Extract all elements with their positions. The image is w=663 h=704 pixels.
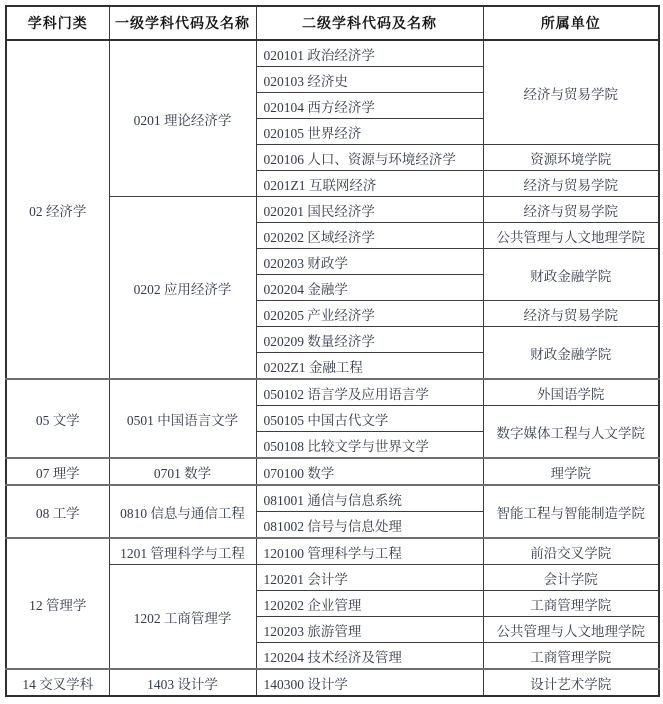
subject-cell: 140300 设计学 bbox=[256, 669, 483, 696]
discipline-cell: 0202 应用经济学 bbox=[109, 197, 256, 380]
discipline-cell: 1403 设计学 bbox=[109, 669, 256, 696]
category-cell: 12 管理学 bbox=[6, 538, 109, 669]
subject-cell: 020209 数量经济学 bbox=[256, 327, 483, 353]
discipline-cell: 1201 管理科学与工程 bbox=[109, 538, 256, 565]
subject-cell: 020105 世界经济 bbox=[256, 119, 483, 145]
unit-cell: 经济与贸易学院 bbox=[483, 197, 659, 223]
discipline-cell: 1202 工商管理学 bbox=[109, 565, 256, 670]
table-body: 02 经济学0201 理论经济学020101 政治经济学经济与贸易学院02010… bbox=[6, 40, 659, 696]
table-row: 07 理学0701 数学070100 数学理学院 bbox=[6, 458, 659, 485]
unit-cell: 外国语学院 bbox=[483, 379, 659, 406]
subject-cell: 070100 数学 bbox=[256, 458, 483, 485]
discipline-cell: 0810 信息与通信工程 bbox=[109, 485, 256, 538]
subject-cell: 020104 西方经济学 bbox=[256, 93, 483, 119]
unit-cell: 数字媒体工程与人文学院 bbox=[483, 406, 659, 459]
unit-cell: 财政金融学院 bbox=[483, 249, 659, 301]
disciplines-table: 学科门类 一级学科代码及名称 二级学科代码及名称 所属单位 02 经济学0201… bbox=[5, 5, 660, 697]
subject-cell: 050102 语言学及应用语言学 bbox=[256, 379, 483, 406]
category-cell: 08 工学 bbox=[6, 485, 109, 538]
subject-cell: 020106 人口、资源与环境经济学 bbox=[256, 145, 483, 171]
unit-cell: 工商管理学院 bbox=[483, 591, 659, 617]
subject-cell: 120201 会计学 bbox=[256, 565, 483, 591]
subject-cell: 081002 信号与信息处理 bbox=[256, 512, 483, 539]
column-header-discipline: 一级学科代码及名称 bbox=[109, 6, 256, 40]
subject-cell: 081001 通信与信息系统 bbox=[256, 485, 483, 512]
table-row: 14 交叉学科1403 设计学140300 设计学设计艺术学院 bbox=[6, 669, 659, 696]
unit-cell: 公共管理与人文地理学院 bbox=[483, 617, 659, 643]
table-row: 08 工学0810 信息与通信工程081001 通信与信息系统智能工程与智能制造… bbox=[6, 485, 659, 512]
unit-cell: 理学院 bbox=[483, 458, 659, 485]
unit-cell: 经济与贸易学院 bbox=[483, 301, 659, 327]
table-row: 05 文学0501 中国语言文学050102 语言学及应用语言学外国语学院 bbox=[6, 379, 659, 406]
column-header-unit: 所属单位 bbox=[483, 6, 659, 40]
subject-cell: 0201Z1 互联网经济 bbox=[256, 171, 483, 197]
subject-cell: 120202 企业管理 bbox=[256, 591, 483, 617]
unit-cell: 财政金融学院 bbox=[483, 327, 659, 380]
unit-cell: 经济与贸易学院 bbox=[483, 171, 659, 197]
unit-cell: 经济与贸易学院 bbox=[483, 40, 659, 145]
subject-cell: 050108 比较文学与世界文学 bbox=[256, 432, 483, 459]
category-cell: 05 文学 bbox=[6, 379, 109, 458]
table-header-row: 学科门类 一级学科代码及名称 二级学科代码及名称 所属单位 bbox=[6, 6, 659, 40]
subject-cell: 0202Z1 金融工程 bbox=[256, 353, 483, 380]
subject-cell: 120204 技术经济及管理 bbox=[256, 643, 483, 670]
subject-cell: 120100 管理科学与工程 bbox=[256, 538, 483, 565]
category-cell: 14 交叉学科 bbox=[6, 669, 109, 696]
subject-cell: 020201 国民经济学 bbox=[256, 197, 483, 223]
unit-cell: 工商管理学院 bbox=[483, 643, 659, 670]
discipline-cell: 0501 中国语言文学 bbox=[109, 379, 256, 458]
discipline-cell: 0701 数学 bbox=[109, 458, 256, 485]
unit-cell: 前沿交叉学院 bbox=[483, 538, 659, 565]
subject-cell: 020205 产业经济学 bbox=[256, 301, 483, 327]
column-header-subject: 二级学科代码及名称 bbox=[256, 6, 483, 40]
subject-cell: 050105 中国古代文学 bbox=[256, 406, 483, 432]
subject-cell: 020202 区域经济学 bbox=[256, 223, 483, 249]
unit-cell: 会计学院 bbox=[483, 565, 659, 591]
category-cell: 07 理学 bbox=[6, 458, 109, 485]
subject-cell: 020203 财政学 bbox=[256, 249, 483, 275]
discipline-cell: 0201 理论经济学 bbox=[109, 40, 256, 197]
subject-cell: 020204 金融学 bbox=[256, 275, 483, 301]
subject-cell: 020101 政治经济学 bbox=[256, 40, 483, 67]
table-row: 02 经济学0201 理论经济学020101 政治经济学经济与贸易学院 bbox=[6, 40, 659, 67]
unit-cell: 设计艺术学院 bbox=[483, 669, 659, 696]
subject-cell: 120203 旅游管理 bbox=[256, 617, 483, 643]
subject-cell: 020103 经济史 bbox=[256, 67, 483, 93]
unit-cell: 资源环境学院 bbox=[483, 145, 659, 171]
unit-cell: 智能工程与智能制造学院 bbox=[483, 485, 659, 538]
column-header-category: 学科门类 bbox=[6, 6, 109, 40]
unit-cell: 公共管理与人文地理学院 bbox=[483, 223, 659, 249]
table-row: 12 管理学1201 管理科学与工程120100 管理科学与工程前沿交叉学院 bbox=[6, 538, 659, 565]
page: 学科门类 一级学科代码及名称 二级学科代码及名称 所属单位 02 经济学0201… bbox=[0, 0, 663, 697]
category-cell: 02 经济学 bbox=[6, 40, 109, 379]
